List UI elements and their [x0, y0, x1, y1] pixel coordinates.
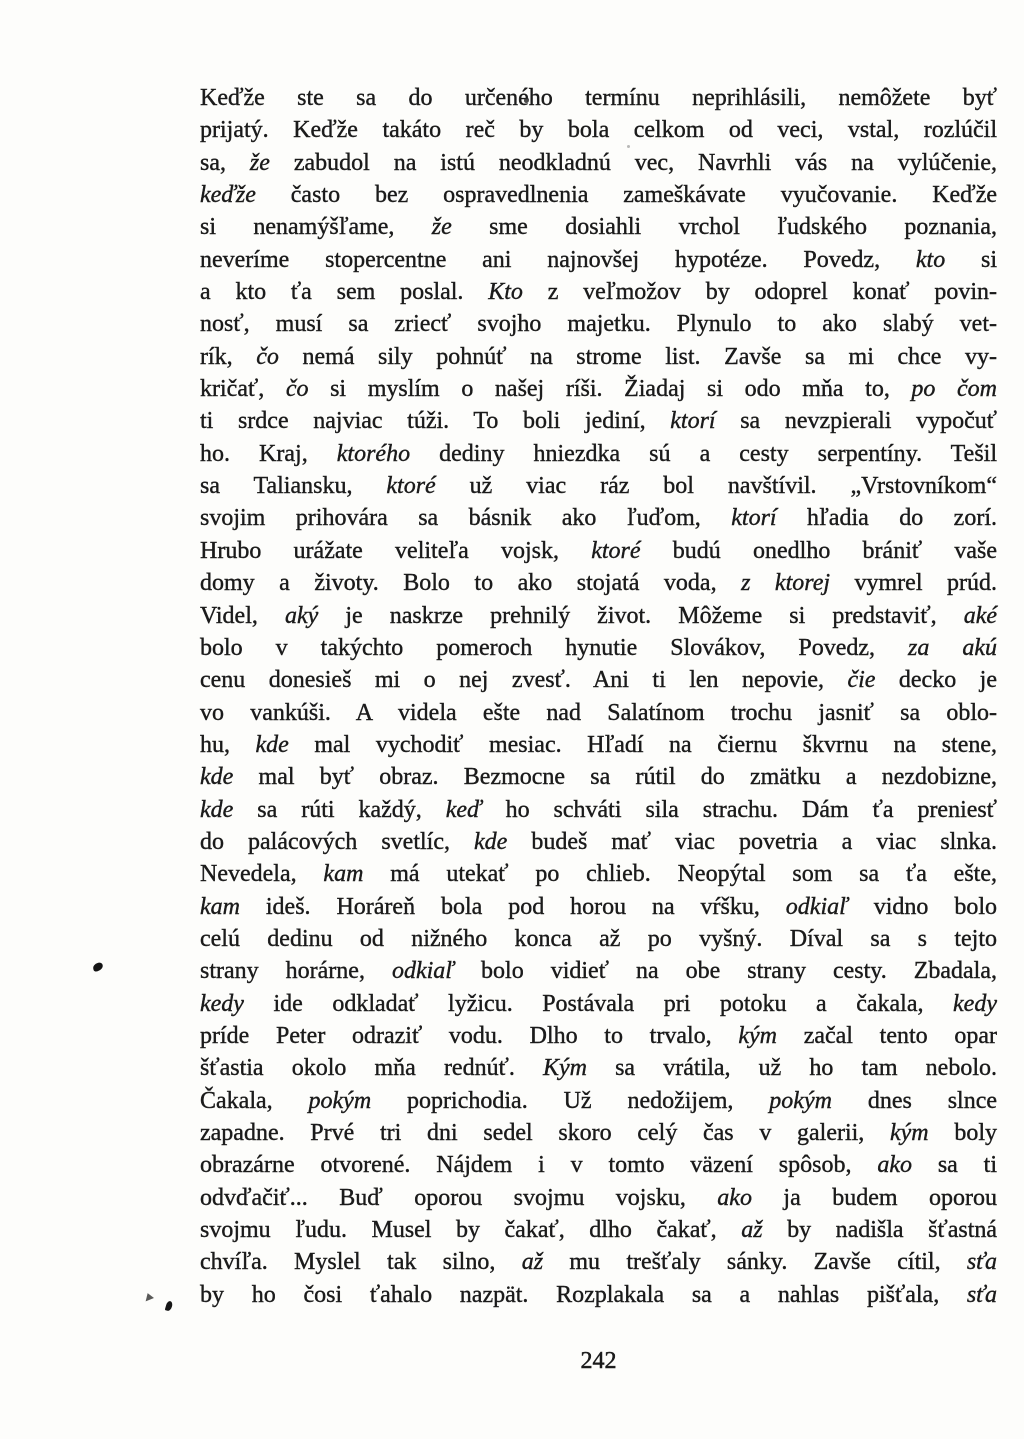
text-segment: Čakala, [200, 1088, 309, 1114]
text-segment: sme dosiahli vrchol ľudského poznania, [452, 214, 997, 240]
text-segment: hu, [200, 732, 256, 758]
book-page: Keďže ste sa do určeného termínu neprihl… [0, 0, 1024, 1439]
text-line: kam ideš. Horáreň bola pod horou na vŕšk… [200, 891, 997, 923]
italic-text-segment: pokým [769, 1088, 832, 1114]
italic-text-segment: keďže [200, 182, 256, 208]
italic-text-segment: aký [285, 603, 318, 629]
text-segment: šťastia okolo mňa rednúť. [200, 1055, 543, 1081]
italic-text-segment: kde [200, 764, 233, 790]
ink-speck [627, 145, 630, 148]
italic-text-segment: ktoré [386, 473, 435, 499]
italic-text-segment: ktoré [591, 538, 640, 564]
italic-text-segment: že [432, 214, 452, 240]
text-line: rík, čo nemá sily pohnúť na strome list.… [200, 341, 997, 373]
italic-text-segment: keď [446, 797, 482, 823]
text-line: by ho čosi ťahalo nazpät. Rozplakala sa … [200, 1279, 997, 1311]
text-segment: rík, [200, 344, 256, 370]
italic-text-segment: aké [964, 603, 997, 629]
ink-speck [165, 1300, 174, 1311]
italic-text-segment: čo [256, 344, 279, 370]
text-line: keďže často bez ospravedlnenia zameškáva… [200, 179, 997, 211]
text-line: nosť, musí sa zriecť svojho majetku. Ply… [200, 308, 997, 340]
text-segment: budeš mať viac povetria a viac slnka. [507, 829, 997, 855]
text-line: strany horárne, odkiaľ bolo vidieť na ob… [200, 955, 997, 987]
text-segment: by ho čosi ťahalo nazpät. Rozplakala sa … [200, 1282, 967, 1308]
text-line: vo vankúši. A videla ešte nad Salatínom … [200, 697, 997, 729]
text-line: hu, kde mal vychodiť mesiac. Hľadí na či… [200, 729, 997, 761]
text-segment: vo vankúši. A videla ešte nad Salatínom … [200, 700, 997, 726]
text-segment: cenu donesieš mi o nej zvesť. Ani ti len… [200, 667, 847, 693]
text-segment: vidno bolo [848, 894, 997, 920]
text-segment: je naskrze prehnilý život. Môžeme si pre… [318, 603, 963, 629]
text-segment: domy a životy. Bolo to ako stojatá voda, [200, 570, 741, 596]
page-number: 242 [200, 1348, 997, 1375]
text-segment: bolo vidieť na obe strany cesty. Zbadala… [454, 958, 997, 984]
italic-text-segment: kým [890, 1120, 929, 1146]
text-segment: vymrel prúd. [830, 570, 997, 596]
text-line: kde sa rúti každý, keď ho schváti sila s… [200, 794, 997, 826]
text-line: Keďže ste sa do určeného termínu neprihl… [200, 82, 997, 114]
italic-text-segment: čie [847, 667, 875, 693]
text-line: Nevedela, kam má utekať po chlieb. Neopý… [200, 858, 997, 890]
italic-text-segment: po čom [911, 376, 997, 402]
text-segment: sa vrátila, už ho tam nebolo. [587, 1055, 997, 1081]
text-segment: si [945, 247, 997, 273]
text-segment: Keďže ste sa do určeného termínu neprihl… [200, 85, 997, 111]
text-segment: sa nevzpierali vypočuť [716, 408, 997, 434]
text-segment: budú onedlho brániť vaše [641, 538, 997, 564]
text-segment: z veľmožov by odoprel konať povin- [523, 279, 997, 305]
text-segment: Hrubo urážate veliteľa vojsk, [200, 538, 591, 564]
body-text: Keďže ste sa do určeného termínu neprihl… [200, 82, 997, 1311]
text-line: zapadne. Prvé tri dni sedel skoro celý č… [200, 1117, 997, 1149]
text-line: odvďačiť... Buď oporou svojmu vojsku, ak… [200, 1182, 997, 1214]
text-line: ho. Kraj, ktorého dediny hniezdka sú a c… [200, 438, 997, 470]
text-segment: sa ti [912, 1152, 997, 1178]
italic-text-segment: ktorí [670, 408, 715, 434]
text-segment: sa Taliansku, [200, 473, 386, 499]
italic-text-segment: odkiaľ [392, 958, 454, 984]
italic-text-segment: Kto [488, 279, 523, 305]
text-line: príde Peter odraziť vodu. Dlho to trvalo… [200, 1020, 997, 1052]
text-segment: začal tento opar [777, 1023, 997, 1049]
italic-text-segment: kam [200, 894, 240, 920]
italic-text-segment: že [250, 150, 270, 176]
text-line: cenu donesieš mi o nej zvesť. Ani ti len… [200, 664, 997, 696]
italic-text-segment: ako [877, 1152, 912, 1178]
text-segment: a kto ťa sem poslal. [200, 279, 488, 305]
text-segment: prijatý. Keďže takáto reč by bola celkom… [200, 117, 997, 143]
text-line: kričať, čo si myslím o našej ríši. Žiada… [200, 373, 997, 405]
text-segment: už viac ráz bol navštívil. „Vrstovníkom“ [436, 473, 997, 499]
text-line: prijatý. Keďže takáto reč by bola celkom… [200, 114, 997, 146]
text-line: obrazárne otvorené. Nájdem i v tomto väz… [200, 1149, 997, 1181]
italic-text-segment: ktorého [337, 441, 410, 467]
text-segment: často bez ospravedlnenia zameškávate vyu… [256, 182, 997, 208]
text-line: Hrubo urážate veliteľa vojsk, ktoré budú… [200, 535, 997, 567]
text-segment: ho schváti sila strachu. Dám ťa preniesť [482, 797, 997, 823]
ink-speck [92, 962, 104, 972]
text-segment: má utekať po chlieb. Neopýtal som sa ťa … [363, 861, 997, 887]
text-segment: hľadia do zorí. [777, 505, 997, 531]
text-segment: si myslím o našej ríši. Žiadaj si odo mň… [308, 376, 911, 402]
italic-text-segment: až [522, 1249, 543, 1275]
text-line: svojim prihovára sa básnik ako ľuďom, kt… [200, 502, 997, 534]
text-line: neveríme stopercentne ani najnovšej hypo… [200, 244, 997, 276]
text-segment: mu trešťaly sánky. Zavše cítil, [543, 1249, 967, 1275]
italic-text-segment: kým [738, 1023, 777, 1049]
text-segment: chvíľa. Myslel tak silno, [200, 1249, 522, 1275]
text-segment: kričať, [200, 376, 286, 402]
text-segment: dediny hniezdka sú a cesty serpentíny. T… [410, 441, 997, 467]
italic-text-segment: kedy [953, 991, 997, 1017]
ink-speck [143, 1292, 154, 1302]
text-segment: ti srdce najviac túži. To boli jediní, [200, 408, 670, 434]
text-segment: ja budem oporou [752, 1185, 997, 1211]
italic-text-segment: čo [286, 376, 309, 402]
text-segment: Videl, [200, 603, 285, 629]
italic-text-segment: kde [200, 797, 233, 823]
text-segment: poprichodia. Už nedožijem, [371, 1088, 769, 1114]
text-segment: nosť, musí sa zriecť svojho majetku. Ply… [200, 311, 997, 337]
text-segment: obrazárne otvorené. Nájdem i v tomto väz… [200, 1152, 877, 1178]
text-line: kedy ide odkladať lyžicu. Postávala pri … [200, 988, 997, 1020]
text-segment: zabudol na istú neodkladnú vec, Navrhli … [270, 150, 997, 176]
text-segment: Nevedela, [200, 861, 323, 887]
text-segment: ideš. Horáreň bola pod horou na vŕšku, [240, 894, 786, 920]
text-line: sa, že zabudol na istú neodkladnú vec, N… [200, 147, 997, 179]
text-segment: sa, [200, 150, 250, 176]
text-segment: celú dedinu od nižného konca až po vyšný… [200, 926, 997, 952]
text-line: do palácových svetlíc, kde budeš mať via… [200, 826, 997, 858]
text-segment: sa rúti každý, [233, 797, 445, 823]
text-segment: dnes slnce [832, 1088, 997, 1114]
text-segment: ide odkladať lyžicu. Postávala pri potok… [244, 991, 953, 1017]
italic-text-segment: kam [323, 861, 363, 887]
italic-text-segment: pokým [309, 1088, 372, 1114]
text-segment: do palácových svetlíc, [200, 829, 474, 855]
italic-text-segment: kedy [200, 991, 244, 1017]
text-line: chvíľa. Myslel tak silno, až mu trešťaly… [200, 1246, 997, 1278]
text-segment: svojmu ľudu. Musel by čakať, dlho čakať, [200, 1217, 741, 1243]
text-line: si nenamýšľame, že sme dosiahli vrchol ľ… [200, 211, 997, 243]
text-segment: mal byť obraz. Bezmocne sa rútil do zmät… [233, 764, 997, 790]
text-line: šťastia okolo mňa rednúť. Kým sa vrátila… [200, 1052, 997, 1084]
text-segment: príde Peter odraziť vodu. Dlho to trvalo… [200, 1023, 738, 1049]
italic-text-segment: za akú [908, 635, 997, 661]
text-line: a kto ťa sem poslal. Kto z veľmožov by o… [200, 276, 997, 308]
text-line: Videl, aký je naskrze prehnilý život. Mô… [200, 600, 997, 632]
italic-text-segment: kde [256, 732, 289, 758]
italic-text-segment: kto [916, 247, 945, 273]
text-line: ti srdce najviac túži. To boli jediní, k… [200, 405, 997, 437]
text-segment: decko je [875, 667, 997, 693]
text-line: bolo v takýchto pomeroch hynutie Slováko… [200, 632, 997, 664]
text-line: kde mal byť obraz. Bezmocne sa rútil do … [200, 761, 997, 793]
text-segment: si nenamýšľame, [200, 214, 432, 240]
text-segment: zapadne. Prvé tri dni sedel skoro celý č… [200, 1120, 890, 1146]
text-line: Čakala, pokým poprichodia. Už nedožijem,… [200, 1085, 997, 1117]
italic-text-segment: Kým [543, 1055, 587, 1081]
text-line: sa Taliansku, ktoré už viac ráz bol navš… [200, 470, 997, 502]
italic-text-segment: odkiaľ [786, 894, 848, 920]
text-segment: mal vychodiť mesiac. Hľadí na čiernu škv… [289, 732, 997, 758]
text-segment: neveríme stopercentne ani najnovšej hypo… [200, 247, 916, 273]
italic-text-segment: sťa [967, 1282, 997, 1308]
text-segment: boly [929, 1120, 997, 1146]
italic-text-segment: sťa [967, 1249, 997, 1275]
text-line: svojmu ľudu. Musel by čakať, dlho čakať,… [200, 1214, 997, 1246]
text-line: domy a životy. Bolo to ako stojatá voda,… [200, 567, 997, 599]
text-segment: ho. Kraj, [200, 441, 337, 467]
italic-text-segment: až [741, 1217, 762, 1243]
text-segment: bolo v takýchto pomeroch hynutie Slováko… [200, 635, 908, 661]
text-segment: odvďačiť... Buď oporou svojmu vojsku, [200, 1185, 717, 1211]
text-segment: by nadišla šťastná [763, 1217, 997, 1243]
text-segment: svojim prihovára sa básnik ako ľuďom, [200, 505, 731, 531]
text-segment: strany horárne, [200, 958, 392, 984]
italic-text-segment: kde [474, 829, 507, 855]
italic-text-segment: ktorí [731, 505, 776, 531]
italic-text-segment: z ktorej [741, 570, 830, 596]
text-line: celú dedinu od nižného konca až po vyšný… [200, 923, 997, 955]
italic-text-segment: ako [717, 1185, 752, 1211]
text-segment: nemá sily pohnúť na strome list. Zavše s… [279, 344, 997, 370]
